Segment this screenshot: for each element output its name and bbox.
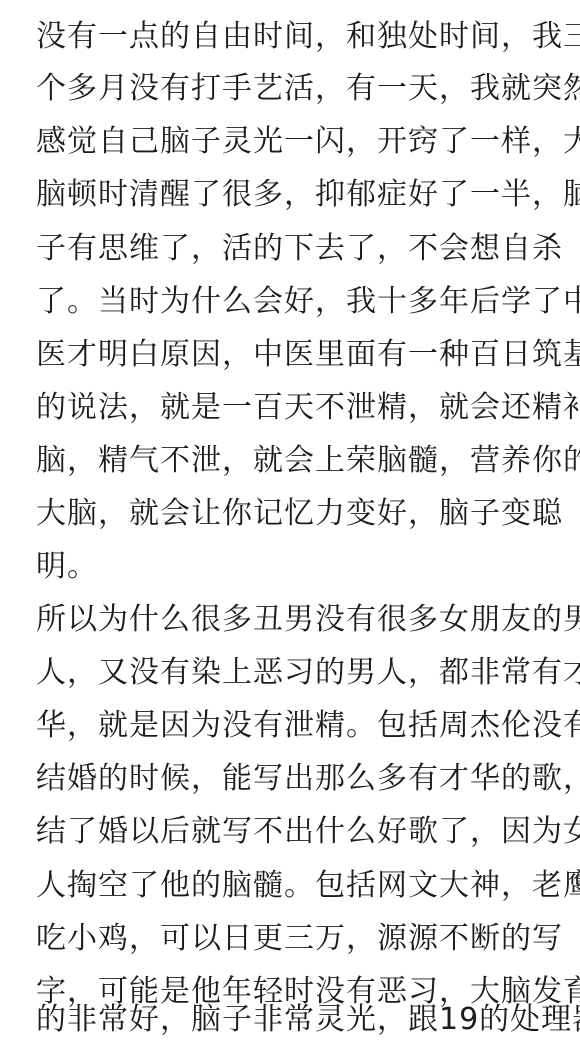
text-line: 所以为什么很多丑男没有很多女朋友的男 bbox=[36, 600, 556, 640]
text-line: 子有思维了，活的下去了，不会想自杀 bbox=[36, 229, 556, 269]
text-line: 结了婚以后就写不出什么好歌了，因为女 bbox=[36, 812, 556, 852]
text-line: 脑顿时清醒了很多，抑郁症好了一半，脑 bbox=[36, 175, 556, 215]
text-line: 人，又没有染上恶习的男人，都非常有才 bbox=[36, 653, 556, 693]
text-line: 医才明白原因，中医里面有一种百日筑基 bbox=[36, 335, 556, 375]
text-line: 个多月没有打手艺活，有一天，我就突然 bbox=[36, 69, 556, 109]
text-line: 结婚的时候，能写出那么多有才华的歌， bbox=[36, 759, 556, 799]
text-line: 了。当时为什么会好，我十多年后学了中 bbox=[36, 282, 556, 322]
text-line: 没有一点的自由时间，和独处时间，我三 bbox=[36, 17, 556, 57]
text-line: 感觉自己脑子灵光一闪，开窍了一样，大 bbox=[36, 122, 556, 162]
handwritten-text-page: 没有一点的自由时间，和独处时间，我三 个多月没有打手艺活，有一天，我就突然 感觉… bbox=[0, 0, 580, 1042]
text-line: 的非常好，脑子非常灵光，跟19的处理器 bbox=[36, 1000, 556, 1040]
text-line: 人掏空了他的脑髓。包括网文大神，老鹰 bbox=[36, 866, 556, 906]
text-line: 的说法，就是一百天不泄精，就会还精补 bbox=[36, 388, 556, 428]
text-line: 明。 bbox=[36, 547, 556, 587]
text-line: 吃小鸡，可以日更三万，源源不断的写 bbox=[36, 919, 556, 959]
text-line: 脑，精气不泄，就会上荣脑髓，营养你的 bbox=[36, 441, 556, 481]
text-line: 大脑，就会让你记忆力变好，脑子变聪 bbox=[36, 494, 556, 534]
text-line: 华，就是因为没有泄精。包括周杰伦没有 bbox=[36, 706, 556, 746]
